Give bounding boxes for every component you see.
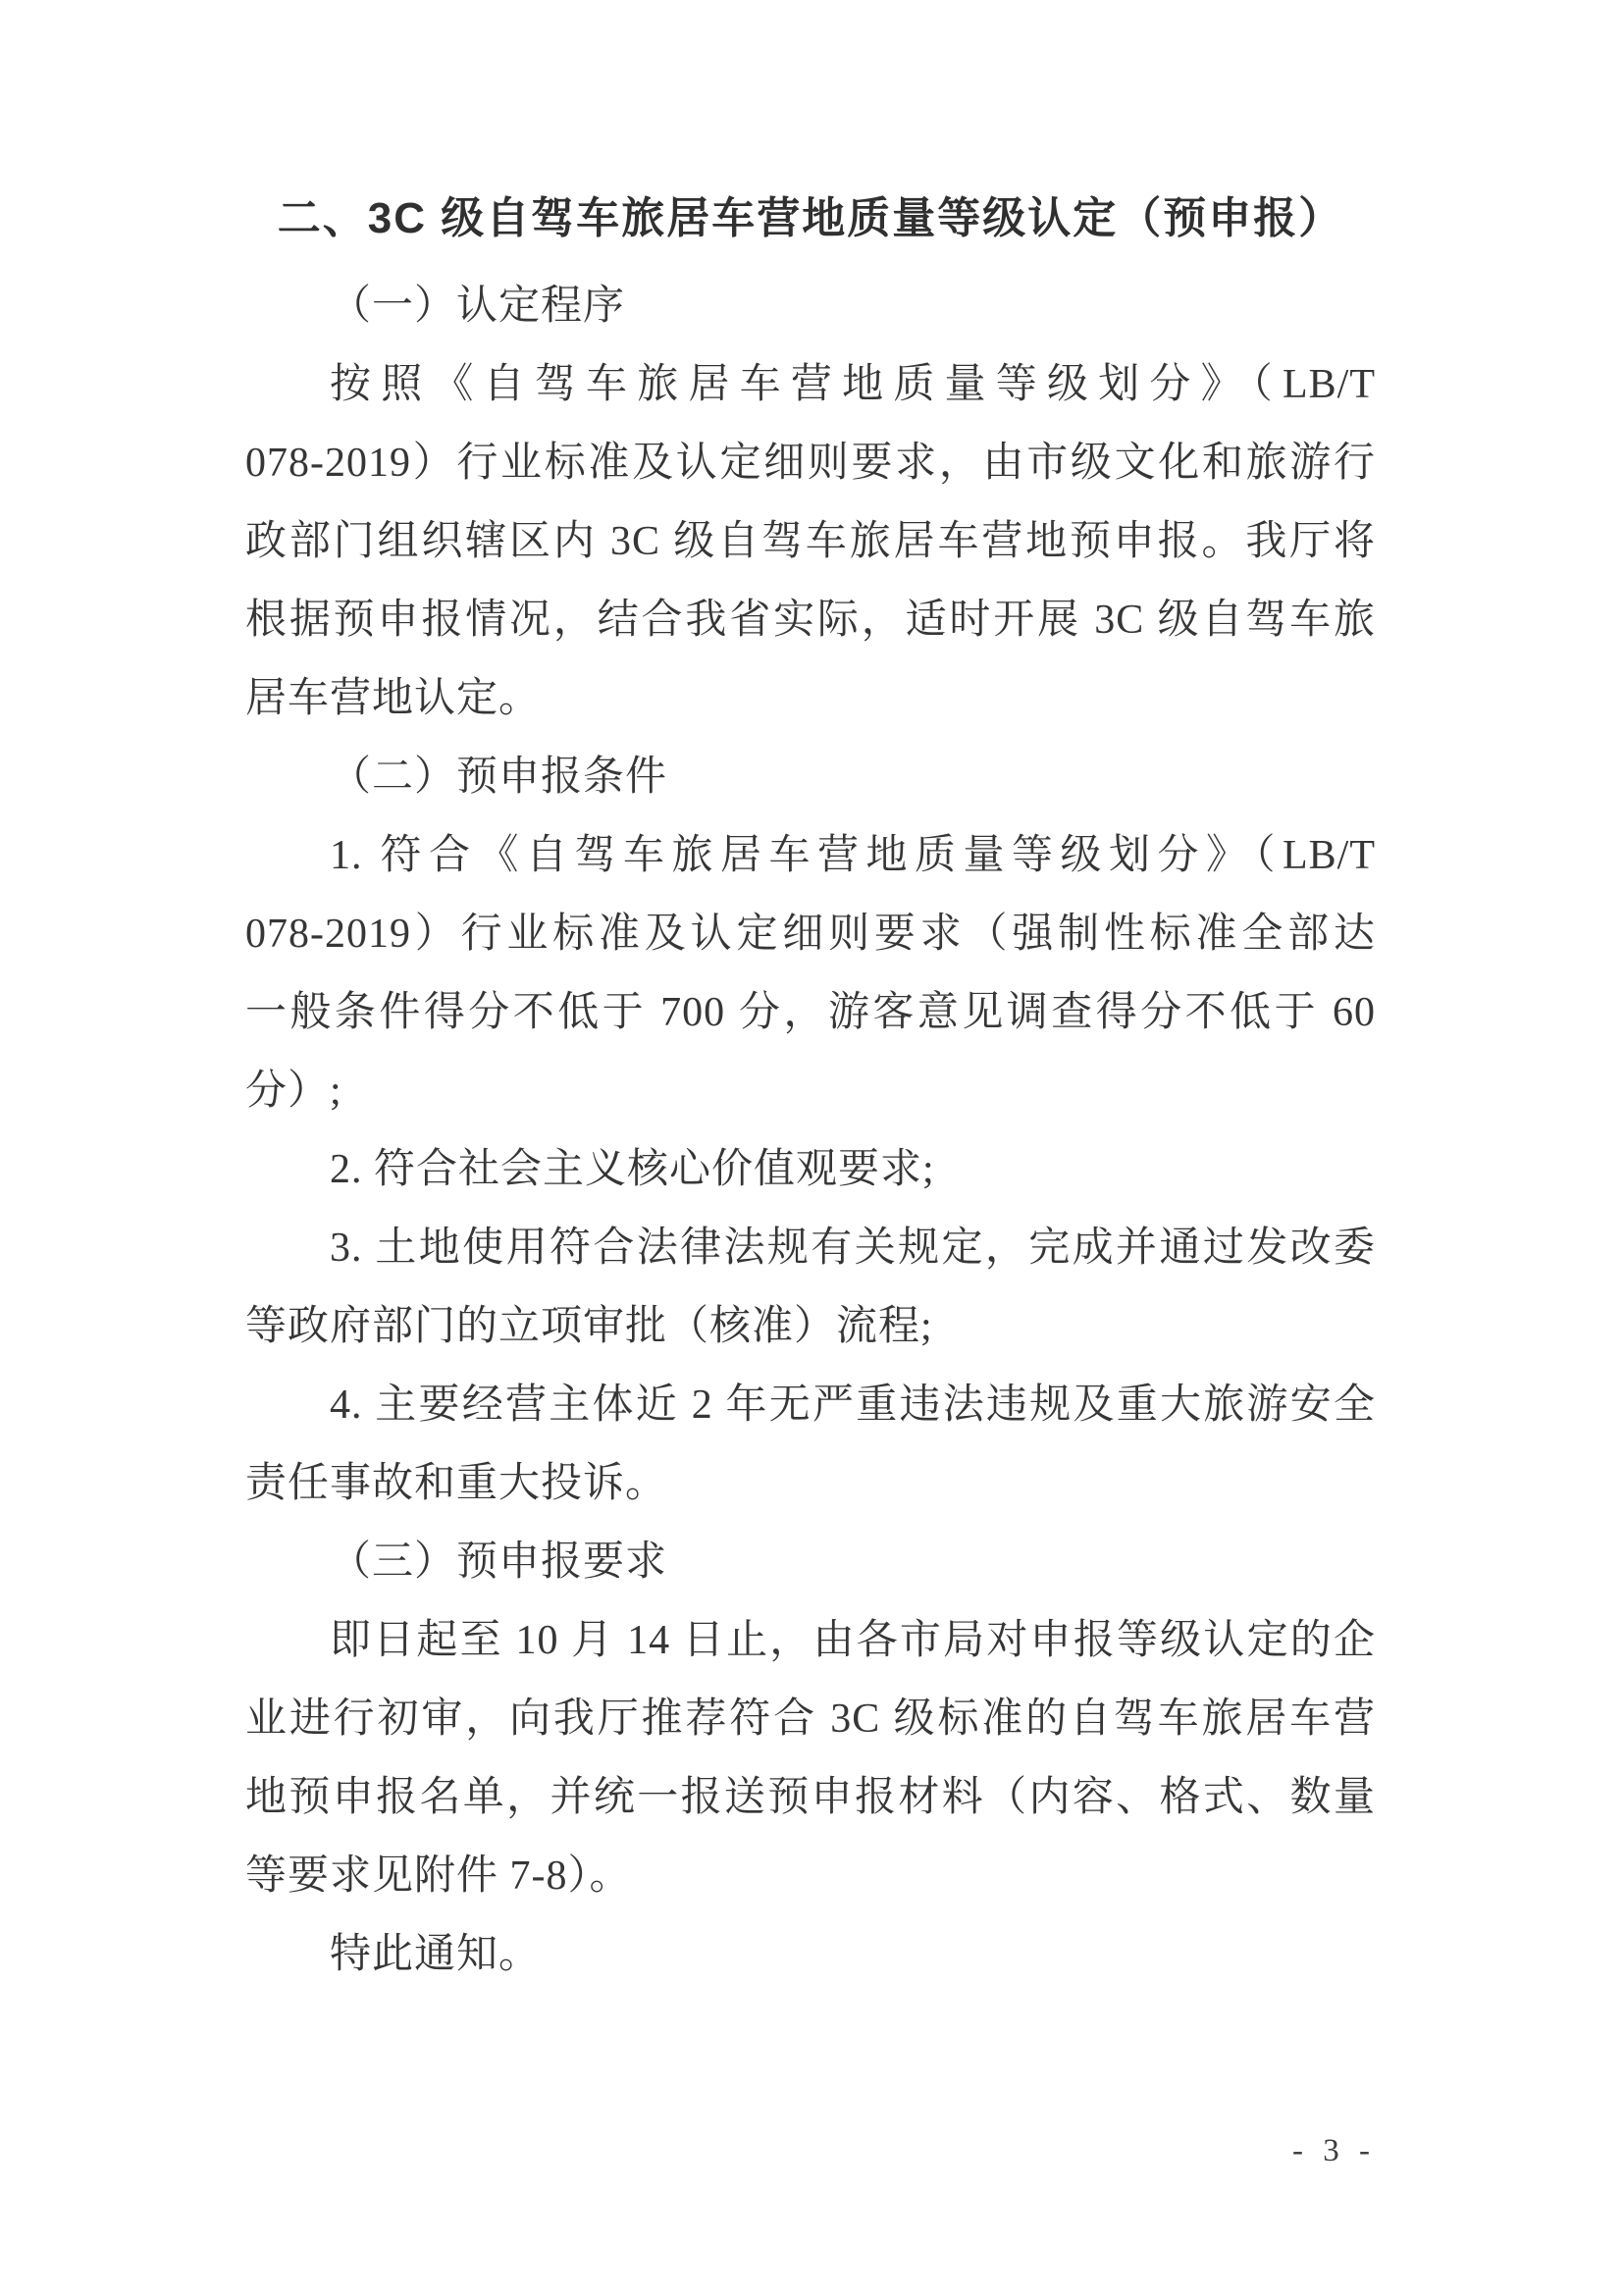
section-3-heading: （三）预申报要求 — [245, 1523, 1376, 1601]
document-body: 二、3C 级自驾车旅居车营地质量等级认定（预申报） （一）认定程序 按照《自驾车… — [245, 177, 1376, 1994]
section-1-heading: （一）认定程序 — [245, 267, 1376, 345]
document-title: 二、3C 级自驾车旅居车营地质量等级认定（预申报） — [245, 177, 1376, 261]
body-line: 按照《自驾车旅居车营地质量等级划分》（LB/T — [245, 345, 1376, 424]
body-line: 居车营地认定。 — [245, 659, 1376, 738]
body-line: 根据预申报情况，结合我省实际，适时开展 3C 级自驾车旅 — [245, 581, 1376, 659]
body-line: 特此通知。 — [245, 1915, 1376, 1994]
body-line: 078-2019）行业标准及认定细则要求，由市级文化和旅游行 — [245, 424, 1376, 502]
body-line: 等要求见附件 7-8）。 — [245, 1837, 1376, 1915]
section-2-heading: （二）预申报条件 — [245, 738, 1376, 816]
body-line: 即日起至 10 月 14 日止，由各市局对申报等级认定的企 — [245, 1601, 1376, 1680]
body-line: 4. 主要经营主体近 2 年无严重违法违规及重大旅游安全 — [245, 1366, 1376, 1444]
body-line: 3. 土地使用符合法律法规有关规定，完成并通过发改委 — [245, 1209, 1376, 1287]
body-line: 078-2019）行业标准及认定细则要求（强制性标准全部达标， — [245, 895, 1376, 973]
body-line: 一般条件得分不低于 700 分，游客意见调查得分不低于 60 — [245, 973, 1376, 1052]
body-line: 政部门组织辖区内 3C 级自驾车旅居车营地预申报。我厅将 — [245, 502, 1376, 581]
body-line: 1. 符合《自驾车旅居车营地质量等级划分》（LB/T — [245, 816, 1376, 895]
body-line: 2. 符合社会主义核心价值观要求; — [245, 1130, 1376, 1209]
body-line: 责任事故和重大投诉。 — [245, 1444, 1376, 1523]
body-line: 分）; — [245, 1052, 1376, 1130]
page-number: - 3 - — [1292, 2131, 1376, 2170]
body-line: 地预申报名单，并统一报送预申报材料（内容、格式、数量 — [245, 1758, 1376, 1837]
document-page: 二、3C 级自驾车旅居车营地质量等级认定（预申报） （一）认定程序 按照《自驾车… — [0, 0, 1623, 2296]
body-line: 业进行初审，向我厅推荐符合 3C 级标准的自驾车旅居车营 — [245, 1680, 1376, 1758]
body-line: 等政府部门的立项审批（核准）流程; — [245, 1287, 1376, 1366]
